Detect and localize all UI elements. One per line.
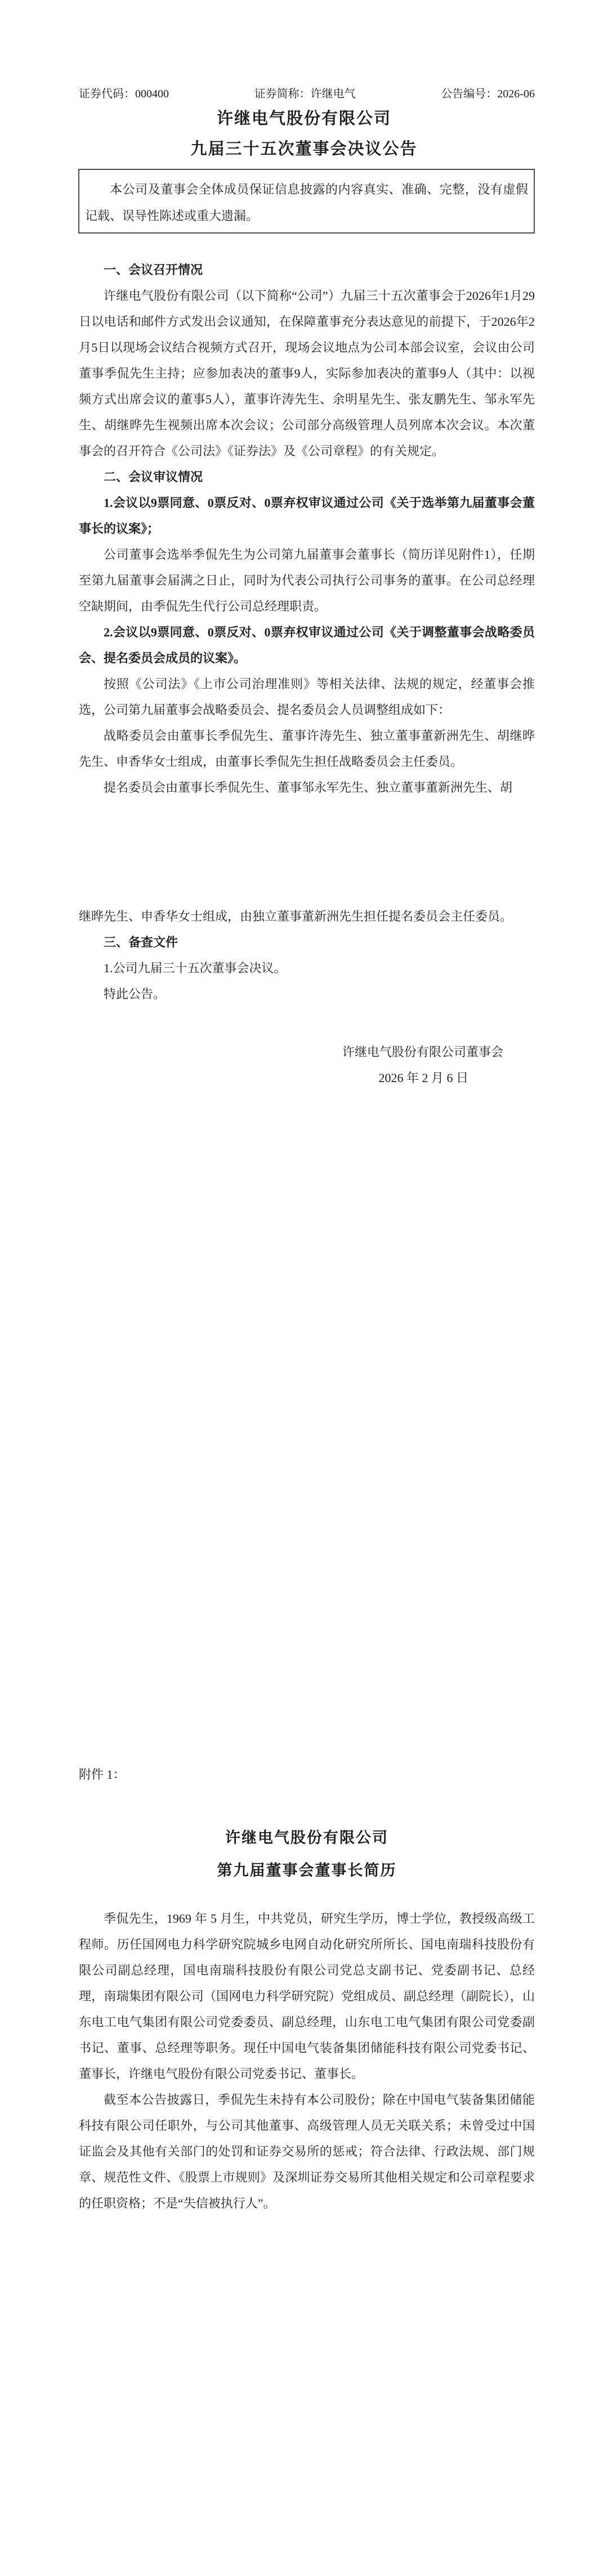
announcement-document: 证券代码：000400 证券简称：许继电气 公告编号：2026-06 许继电气股…: [0, 0, 608, 2576]
section3-item1: 1.公司九届三十五次董事会决议。: [79, 955, 535, 981]
document-header-row: 证券代码：000400 证券简称：许继电气 公告编号：2026-06: [79, 84, 535, 101]
pre-signature-gap: [79, 1007, 535, 1039]
attachment-title-company: 许继电气股份有限公司: [79, 1824, 535, 1852]
section2-item1-heading: 1.会议以9票同意、0票反对、0票弃权审议通过公司《关于选举第九届董事会董事长的…: [79, 490, 535, 542]
securities-abbr: 证券简称：许继电气: [254, 84, 356, 101]
announcement-number: 公告编号：2026-06: [441, 84, 535, 101]
signature-date: 2026 年 2 月 6 日: [79, 1065, 535, 1091]
attachment-bio-paragraph1: 季侃先生，1969 年 5 月生，中共党员，研究生学历，博士学位，教授级高级工程…: [79, 1906, 535, 2087]
disclaimer-box: 本公司及董事会全体成员保证信息披露的内容真实、准确、完整，没有虚假记载、误导性陈…: [78, 169, 535, 234]
page-break-gap-1: [79, 801, 535, 904]
attachment-title-resume: 第九届董事会董事长简历: [79, 1856, 535, 1884]
securities-code: 证券代码：000400: [79, 84, 169, 101]
section1-heading: 一、会议召开情况: [79, 257, 535, 283]
attachment-body-gap: [79, 1884, 535, 1906]
section2-item1-paragraph: 公司董事会选举季侃先生为公司第九届董事会董事长（简历详见附件1），任期至第九届董…: [79, 542, 535, 620]
section2-heading: 二、会议审议情况: [79, 464, 535, 490]
document-body: 一、会议召开情况 许继电气股份有限公司（以下简称“公司”）九届三十五次董事会于2…: [79, 257, 535, 2216]
section2-item2-paragraph3-page1-fragment: 提名委员会由董事长季侃先生、董事邹永军先生、独立董事董新洲先生、胡: [79, 775, 535, 801]
section3-heading: 三、备查文件: [79, 930, 535, 955]
company-title: 许继电气股份有限公司: [0, 109, 608, 128]
attachment-title-gap: [79, 1788, 535, 1824]
section2-item2-paragraph2: 战略委员会由董事长季侃先生、董事许涛先生、独立董事董新洲先生、胡继晔先生、申香华…: [79, 723, 535, 775]
signature-company: 许继电气股份有限公司董事会: [79, 1039, 535, 1065]
attachment-title-gap-2: [79, 1852, 535, 1856]
section2-item2-paragraph3-page2-fragment: 继晔先生、申香华女士组成，由独立董事董新洲先生担任提名委员会主任委员。: [79, 904, 535, 930]
section2-item2-heading: 2.会议以9票同意、0票反对、0票弃权审议通过公司《关于调整董事会战略委员会、提…: [79, 620, 535, 671]
disclaimer-text: 本公司及董事会全体成员保证信息披露的内容真实、准确、完整，没有虚假记载、误导性陈…: [85, 182, 528, 223]
closing-statement: 特此公告。: [79, 981, 535, 1007]
attachment-label: 附件 1：: [79, 1762, 535, 1788]
document-subtitle: 九届三十五次董事会决议公告: [0, 140, 608, 159]
page-break-gap-2: [79, 1091, 535, 1762]
attachment-bio-paragraph2: 截至本公告披露日，季侃先生未持有本公司股份；除在中国电气装备集团储能科技有限公司…: [79, 2087, 535, 2216]
section2-item2-paragraph1: 按照《公司法》《上市公司治理准则》等相关法律、法规的规定，经董事会推选，公司第九…: [79, 671, 535, 723]
section1-paragraph: 许继电气股份有限公司（以下简称“公司”）九届三十五次董事会于2026年1月29日…: [79, 283, 535, 464]
